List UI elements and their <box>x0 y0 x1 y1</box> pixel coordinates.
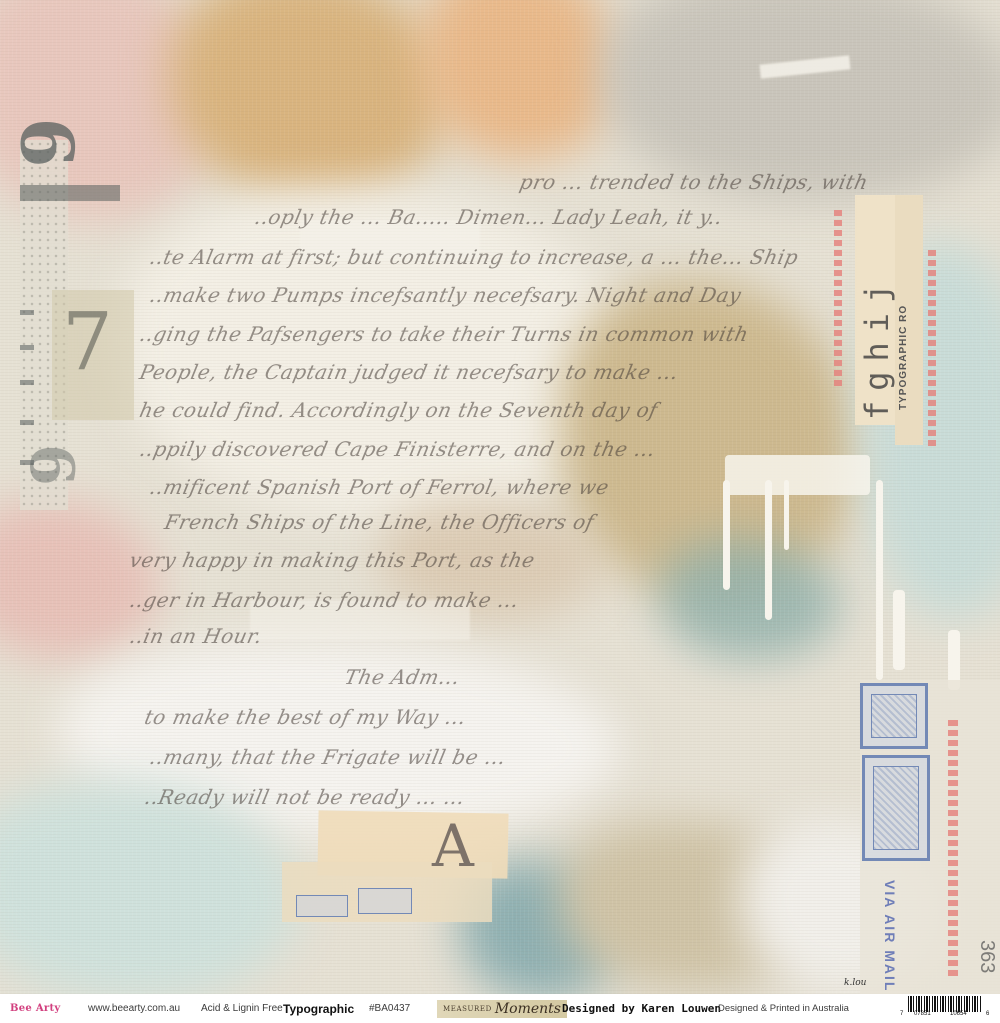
script-line: ..ging the Pafsengers to take their Turn… <box>137 322 750 346</box>
letter-a: A <box>432 812 474 880</box>
script-line: ..ppily discovered Cape Finisterre, and … <box>137 437 657 461</box>
product-title: Typographic <box>283 994 354 1023</box>
drip <box>893 590 905 670</box>
script-line: French Ships of the Line, the Officers o… <box>162 510 596 534</box>
website-link[interactable]: www.beearty.com.au <box>88 994 180 1023</box>
script-line: ..in an Hour. <box>127 624 264 648</box>
wash-peach <box>420 0 620 160</box>
wash-ochre <box>170 0 450 200</box>
script-line: very happy in making this Port, as the <box>127 548 537 572</box>
mini-stamp <box>296 895 348 917</box>
drip <box>765 480 772 620</box>
artwork: 6 7 6 pro ... trended to the Ships, with… <box>0 0 1000 994</box>
typographic-word: TYPOGRAPHIC <box>898 326 909 410</box>
barcode-right-group: 10654 <box>950 1011 967 1017</box>
typographic-suffix: RO <box>898 305 909 322</box>
drip <box>876 480 883 680</box>
collection-name: Moments <box>495 1001 561 1017</box>
barcode-check: 6 <box>986 1011 989 1017</box>
script-line: ..te Alarm at first; but continuing to i… <box>147 245 800 269</box>
script-line: The Adm... <box>342 665 462 689</box>
brand-logo: Bee Arty <box>10 994 61 1023</box>
digit-six-rotated: 6 <box>5 117 90 167</box>
via-air-mail-label: VIA AIR MAIL <box>882 880 898 990</box>
digit-six-low: 6 <box>16 444 86 486</box>
script-line: ..oply the ... Ba..... Dimen... Lady Lea… <box>252 205 725 229</box>
script-line: to make the best of my Way ... <box>142 705 468 729</box>
barcode-bars <box>908 996 982 1012</box>
red-stamp-border <box>834 210 842 390</box>
product-code: #BA0437 <box>369 994 410 1023</box>
collection-badge: MEASURED Moments <box>437 994 567 1023</box>
ruler-tick <box>20 380 34 385</box>
postage-stamp-mid <box>862 755 930 861</box>
barcode: 7 07851 10654 6 <box>900 996 990 1018</box>
script-line: ..many, that the Frigate will be ... <box>147 745 508 769</box>
ruler-tick <box>20 345 34 350</box>
designer-credit: Designed by Karen Louwen <box>562 994 721 1023</box>
collection-logo: MEASURED Moments <box>437 1000 567 1018</box>
scrapbook-paper: 6 7 6 pro ... trended to the Ships, with… <box>0 0 1000 1023</box>
drip <box>723 480 730 590</box>
barcode-lead: 7 <box>900 1011 903 1017</box>
origin-note: Designed & Printed in Australia <box>718 994 849 1023</box>
paper-spec: Acid & Lignin Free <box>201 994 283 1023</box>
script-line: pro ... trended to the Ships, with <box>517 170 870 194</box>
digit-seven: 7 <box>62 295 113 388</box>
mini-stamp <box>358 888 412 914</box>
script-line: ..mificent Spanish Port of Ferrol, where… <box>147 475 611 499</box>
postage-stamp-top <box>860 683 928 749</box>
typographic-label: TYPOGRAPHIC RO <box>898 290 909 410</box>
barcode-left-group: 07851 <box>914 1011 931 1017</box>
script-line: ..Ready will not be ready ... ... <box>142 785 467 809</box>
red-stamp-border <box>928 250 936 450</box>
ruler-tick <box>20 420 34 425</box>
artist-signature: k.lou <box>844 978 866 988</box>
postcode-digits: 363 <box>975 940 998 973</box>
stamp-engraving <box>873 766 919 850</box>
ruler-tick <box>20 310 34 315</box>
script-line: ..ger in Harbour, is found to make ... <box>127 588 521 612</box>
drip-bar <box>725 455 870 495</box>
script-line: he could find. Accordingly on the Sevent… <box>137 398 659 422</box>
collection-prefix: MEASURED <box>443 1005 492 1013</box>
alphabet-letters: fghij <box>858 200 896 420</box>
ruler-bar <box>20 185 120 201</box>
product-footer: Bee Arty www.beearty.com.au Acid & Ligni… <box>0 994 1000 1023</box>
script-line: People, the Captain judged it necefsary … <box>137 360 680 384</box>
red-postmark <box>948 720 958 980</box>
stamp-engraving <box>871 694 917 738</box>
script-line: ..make two Pumps incefsantly necefsary. … <box>147 283 743 307</box>
drip <box>784 480 789 550</box>
